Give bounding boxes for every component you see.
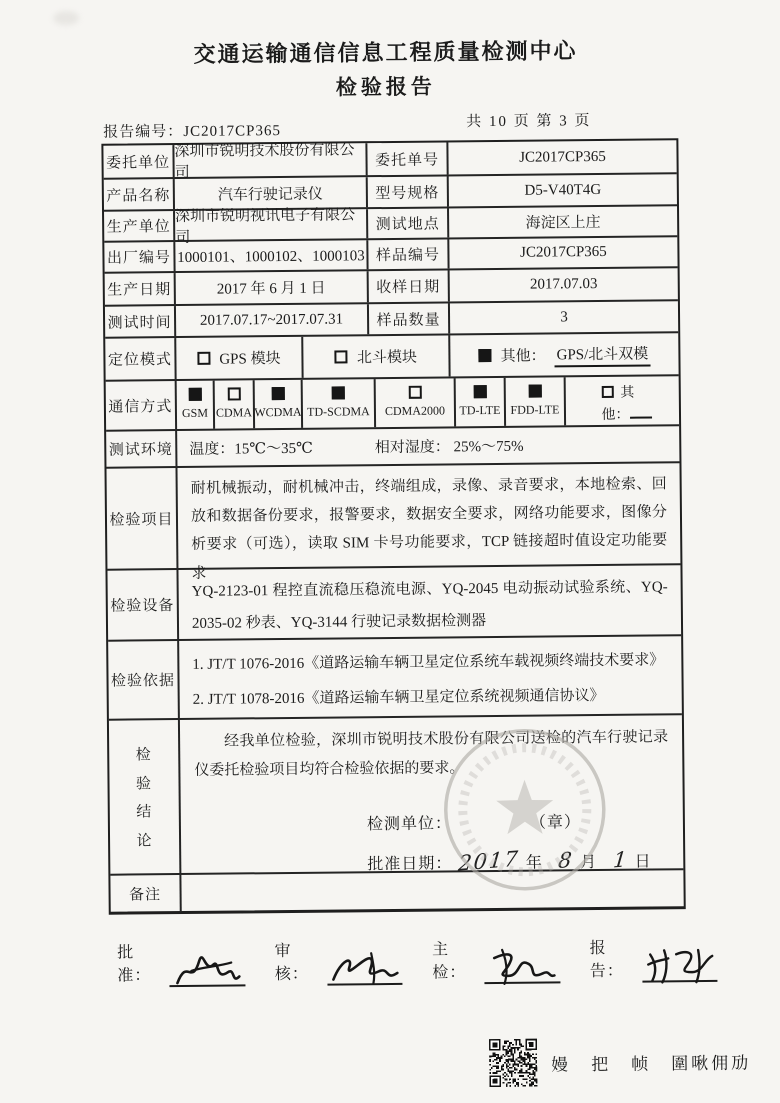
signature-label: 批准： bbox=[117, 939, 167, 987]
positioning-row: 定位模式 GPS 模块 北斗模块 其他：GPS/北斗双模 bbox=[105, 331, 678, 379]
comm-option-wcdma: WCDMA bbox=[253, 380, 301, 428]
row-label: 测试时间 bbox=[105, 306, 174, 337]
unit-label: 检测单位： bbox=[367, 815, 452, 833]
row-value: 2017.07.03 bbox=[448, 268, 678, 301]
option-label: 他： bbox=[601, 407, 629, 422]
seal-placeholder-label: （章） bbox=[538, 814, 581, 831]
table-row: 测试时间 2017.07.17~2017.07.31 样品数量 3 bbox=[105, 299, 678, 336]
label-char: 结 bbox=[136, 800, 152, 821]
option-label: 北斗模块 bbox=[357, 346, 417, 368]
option-label: TD-LTE bbox=[459, 403, 500, 418]
comm-option-fdd-lte: FDD-LTE bbox=[504, 377, 564, 426]
checkbox-checked-icon bbox=[332, 386, 345, 399]
option-label: TD-SCDMA bbox=[307, 404, 370, 420]
checkbox-unchecked-icon bbox=[408, 386, 421, 399]
qr-code-icon bbox=[489, 1039, 537, 1087]
comm-other-lines: 其 他： bbox=[601, 382, 651, 426]
equipment-text: YQ-2123-01 程控直流稳压稳流电源、YQ-2045 电动振动试验系统、Y… bbox=[176, 565, 681, 639]
report-meta-line: 报告编号：JC2017CP365 共 10 页 第 3 页 bbox=[101, 112, 678, 140]
handwritten-day: 1 bbox=[612, 847, 630, 872]
checkbox-checked-icon bbox=[528, 385, 541, 398]
label-char: 检 bbox=[136, 744, 152, 765]
row-label: 定位模式 bbox=[105, 338, 174, 380]
items-text: 耐机械振动，耐机械冲击，终端组成，录像、录音要求，本地检索、回放和数据备份要求，… bbox=[175, 463, 680, 568]
signature-handwriting bbox=[485, 979, 560, 984]
option-label: CDMA bbox=[216, 405, 252, 420]
signature-label: 报告： bbox=[589, 935, 639, 983]
comm-option-td-scdma: TD-SCDMA bbox=[301, 379, 374, 428]
remark-value bbox=[179, 870, 683, 911]
option-label: 其 bbox=[620, 386, 634, 401]
handwritten-month: 8 bbox=[558, 847, 576, 872]
comm-option-cdma: CDMA bbox=[213, 380, 253, 428]
option-value-underlined: GPS/北斗双模 bbox=[554, 342, 650, 367]
row-value: D5-V40T4G bbox=[447, 174, 677, 206]
row-value: 3 bbox=[448, 301, 678, 333]
option-label: GPS 模块 bbox=[219, 347, 280, 369]
report-title: 检验报告 bbox=[0, 67, 776, 104]
year-unit: 年 bbox=[526, 849, 543, 872]
humidity-value: 相对湿度： 25%～75% bbox=[375, 435, 524, 457]
comm-option-gsm: GSM bbox=[175, 381, 213, 429]
row-label: 检验设备 bbox=[107, 570, 177, 640]
month-unit: 月 bbox=[580, 849, 597, 872]
org-title: 交通运输通信信息工程质量检测中心 bbox=[0, 32, 776, 70]
date-label: 批准日期： bbox=[367, 850, 452, 874]
report-table: 委托单位 深圳市锐明技术股份有限公司 委托单号 JC2017CP365 产品名称… bbox=[101, 138, 685, 915]
signature-row: 批准： 审核： 主检： 报告： bbox=[117, 927, 718, 988]
temperature-value: 温度：15℃～35℃ bbox=[189, 437, 313, 459]
option-label: CDMA2000 bbox=[385, 403, 445, 419]
checkbox-checked-icon bbox=[271, 387, 284, 400]
row-value: 2017 年 6 月 1 日 bbox=[174, 271, 367, 304]
comm-option-cdma2000: CDMA2000 bbox=[374, 378, 454, 427]
row-label: 备注 bbox=[110, 875, 179, 912]
signature-approve: 批准： bbox=[117, 938, 245, 987]
option-label: WCDMA bbox=[254, 405, 301, 420]
basis-line-2: 2. JT/T 1078-2016《道路运输车辆卫星定位系统视频通信协议》 bbox=[193, 678, 669, 717]
conclusion-content: 经我单位检验，深圳市锐明技术股份有限公司送检的汽车行驶记录仪委托检验项目均符合检… bbox=[178, 715, 683, 873]
row-value: 深圳市锐明视讯电子有限公司 bbox=[173, 209, 366, 240]
row-label: 样品数量 bbox=[367, 303, 448, 334]
row-label: 检验依据 bbox=[108, 641, 178, 719]
checkbox-unchecked-icon bbox=[335, 350, 348, 363]
row-label: 收样日期 bbox=[367, 270, 448, 302]
row-label: 测试环境 bbox=[106, 431, 175, 467]
comm-option-td-lte: TD-LTE bbox=[454, 378, 504, 426]
row-label-vertical: 检 验 结 论 bbox=[109, 720, 179, 874]
label-char: 论 bbox=[136, 829, 152, 850]
communication-row: 通信方式 GSM CDMA WCDMA TD-SCDMA CDMA2000 bbox=[106, 374, 679, 429]
signature-handwriting bbox=[642, 978, 717, 983]
row-label: 委托单号 bbox=[365, 142, 446, 175]
signature-report: 报告： bbox=[589, 934, 717, 983]
basis-row: 检验依据 1. JT/T 1076-2016《道路运输车辆卫星定位系统车载视频终… bbox=[108, 634, 682, 718]
positioning-option-gps: GPS 模块 bbox=[174, 337, 301, 379]
signature-label: 主检： bbox=[432, 936, 482, 984]
environment-row: 测试环境 温度：15℃～35℃ 相对湿度： 25%～75% bbox=[106, 424, 679, 466]
row-label: 生产日期 bbox=[105, 273, 174, 305]
option-label: FDD-LTE bbox=[510, 402, 559, 417]
testing-unit-line: 检测单位：（章） bbox=[367, 808, 683, 834]
checkbox-checked-icon bbox=[479, 349, 492, 362]
row-label: 出厂编号 bbox=[104, 242, 173, 272]
option-label: GSM bbox=[182, 406, 208, 421]
row-label: 样品编号 bbox=[366, 239, 447, 269]
label-char: 验 bbox=[136, 772, 152, 793]
items-row: 检验项目 耐机械振动，耐机械冲击，终端组成，录像、录音要求，本地检索、回放和数据… bbox=[106, 461, 680, 568]
positioning-option-other: 其他：GPS/北斗双模 bbox=[448, 333, 678, 376]
row-label: 产品名称 bbox=[104, 179, 173, 210]
report-header: 交通运输通信信息工程质量检测中心 检验报告 bbox=[0, 0, 776, 105]
row-label: 检验项目 bbox=[106, 468, 176, 569]
environment-values: 温度：15℃～35℃ 相对湿度： 25%～75% bbox=[175, 426, 679, 466]
comm-option-other: 其 他： bbox=[564, 376, 679, 425]
report-sheet: 交通运输通信信息工程质量检测中心 检验报告 报告编号：JC2017CP365 共… bbox=[0, 0, 780, 1103]
positioning-option-beidou: 北斗模块 bbox=[301, 335, 448, 377]
signature-handwriting bbox=[170, 982, 245, 987]
handwritten-year: 2017 bbox=[457, 846, 521, 875]
row-value: 1000101、1000102、1000103 bbox=[173, 240, 366, 271]
conclusion-row: 检 验 结 论 经我单位检验，深圳市锐明技术股份有限公司送检的汽车行驶记录仪委托… bbox=[109, 713, 683, 873]
remark-row: 备注 bbox=[110, 868, 683, 911]
equipment-row: 检验设备 YQ-2123-01 程控直流稳压稳流电源、YQ-2045 电动振动试… bbox=[107, 563, 681, 639]
checkbox-unchecked-icon bbox=[197, 352, 210, 365]
signature-handwriting bbox=[327, 981, 402, 986]
signature-label: 审核： bbox=[275, 938, 325, 986]
signature-review: 审核： bbox=[275, 937, 403, 986]
row-label: 生产单位 bbox=[104, 211, 173, 241]
row-value: 深圳市锐明技术股份有限公司 bbox=[172, 143, 365, 177]
footer: 嫚 把 帧 圍啾佣劢 bbox=[489, 1037, 751, 1088]
report-number-label: 报告编号： bbox=[103, 124, 183, 141]
row-label: 型号规格 bbox=[366, 176, 447, 207]
page-indicator: 共 10 页 第 3 页 bbox=[466, 109, 591, 131]
checkbox-unchecked-icon bbox=[227, 387, 240, 400]
table-row: 生产日期 2017 年 6 月 1 日 收样日期 2017.07.03 bbox=[105, 266, 678, 304]
row-value: JC2017CP365 bbox=[446, 140, 676, 174]
report-number-value: JC2017CP365 bbox=[183, 123, 281, 140]
conclusion-text: 经我单位检验，深圳市锐明技术股份有限公司送检的汽车行驶记录仪委托检验项目均符合检… bbox=[180, 723, 683, 786]
row-value: 2017.07.17~2017.07.31 bbox=[174, 304, 367, 336]
table-row: 生产单位 深圳市锐明视讯电子有限公司 测试地点 海淀区上庄 bbox=[104, 204, 677, 240]
qr-caption-text: 嫚 把 帧 圍啾佣劢 bbox=[551, 1048, 751, 1075]
row-value: 海淀区上庄 bbox=[447, 206, 677, 237]
blank-underline bbox=[629, 406, 651, 418]
checkbox-checked-icon bbox=[188, 388, 201, 401]
row-label: 委托单位 bbox=[103, 145, 172, 178]
checkbox-checked-icon bbox=[473, 385, 486, 398]
row-label: 通信方式 bbox=[106, 381, 175, 430]
row-value: JC2017CP365 bbox=[447, 237, 677, 268]
option-label: 其他： bbox=[500, 344, 545, 365]
day-unit: 日 bbox=[634, 848, 651, 871]
basis-line-1: 1. JT/T 1076-2016《道路运输车辆卫星定位系统车载视频终端技术要求… bbox=[192, 643, 668, 682]
signature-chief: 主检： bbox=[432, 935, 560, 984]
row-label: 测试地点 bbox=[366, 208, 447, 238]
basis-text: 1. JT/T 1076-2016《道路运输车辆卫星定位系统车载视频终端技术要求… bbox=[177, 636, 682, 718]
table-row: 委托单位 深圳市锐明技术股份有限公司 委托单号 JC2017CP365 bbox=[103, 140, 676, 177]
checkbox-unchecked-icon bbox=[601, 386, 613, 398]
approval-date-line: 批准日期： 2017 年 8 月 1 日 bbox=[367, 847, 683, 874]
